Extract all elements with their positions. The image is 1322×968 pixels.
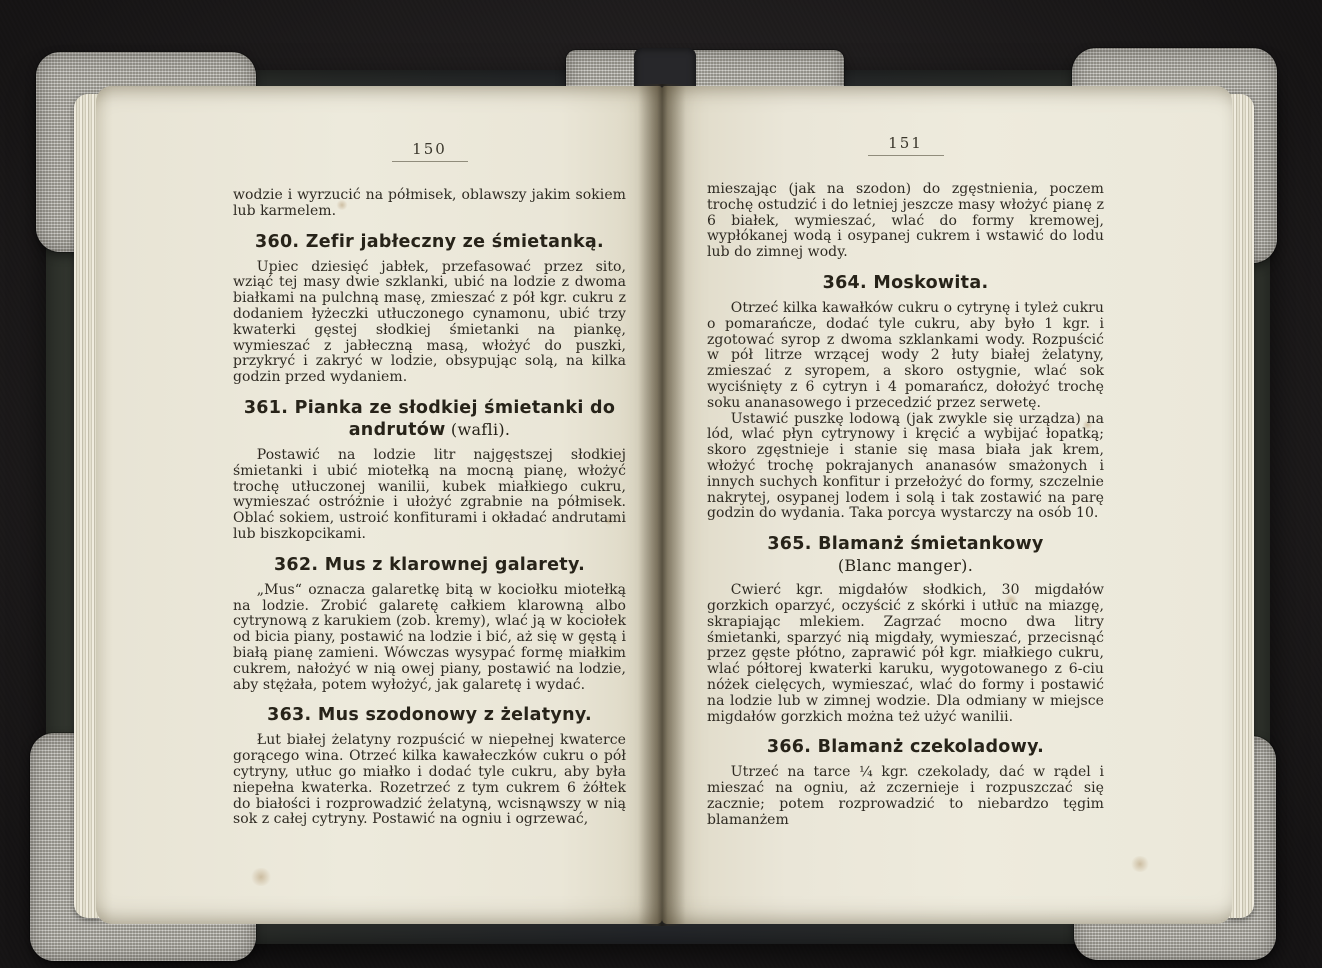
recipe-heading: 362. Mus z klarownej galarety. (233, 555, 626, 576)
recipe-sections-right: mieszając (jak na szodon) do zgęstnienia… (707, 182, 1104, 829)
recipe-paragraph: Otrzeć kilka kawałków cukru o cytrynę i … (707, 301, 1104, 412)
page-content-right: 151 mieszając (jak na szodon) do zgęstni… (707, 134, 1104, 829)
recipe-heading: 366. Blamanż czekoladowy. (707, 737, 1104, 758)
stain-spot (250, 868, 272, 886)
recipe-paragraph: wodzie i wyrzucić na półmisek, oblawszy … (233, 188, 626, 220)
page-number: 150 (233, 140, 626, 158)
recipe-paragraph: Upiec dziesięć jabłek, przefasować przez… (233, 260, 626, 386)
recipe-paragraph: „Mus“ oznacza galaretkę bitą w kociołku … (233, 583, 626, 694)
recipe-paragraph: Postawić na lodzie litr najgęstszej słod… (233, 448, 626, 543)
book-gutter (638, 84, 686, 926)
page-content-left: 150 wodzie i wyrzucić na półmisek, oblaw… (233, 140, 626, 828)
recipe-sections-left: wodzie i wyrzucić na półmisek, oblawszy … (233, 188, 626, 828)
recipe-paragraph: Utrzeć na tarce ¼ kgr. czekolady, dać w … (707, 765, 1104, 828)
recipe-heading: 360. Zefir jabłeczny ze śmietanką. (233, 232, 626, 253)
recipe-heading: 365. Blamanż śmietankowy(Blanc manger). (707, 534, 1104, 576)
recipe-heading: 361. Pianka ze słodkiej śmietanki do and… (233, 398, 626, 441)
recipe-paragraph: Ustawić puszkę lodową (jak zwykle się ur… (707, 412, 1104, 523)
page-number-rule (868, 155, 944, 156)
recipe-paragraph: mieszając (jak na szodon) do zgęstnienia… (707, 182, 1104, 261)
recipe-paragraph: Cwierć kgr. migdałów słodkich, 30 migdał… (707, 583, 1104, 725)
photographed-book-scene: 150 wodzie i wyrzucić na półmisek, oblaw… (0, 0, 1322, 968)
recipe-heading: 363. Mus szodonowy z żelatyny. (233, 705, 626, 726)
recipe-paragraph: Łut białej żelatyny rozpuścić w niepełne… (233, 733, 626, 828)
recipe-heading: 364. Moskowita. (707, 273, 1104, 294)
page-number-rule (392, 161, 468, 162)
page-number: 151 (707, 134, 1104, 152)
stain-spot (1130, 856, 1150, 872)
